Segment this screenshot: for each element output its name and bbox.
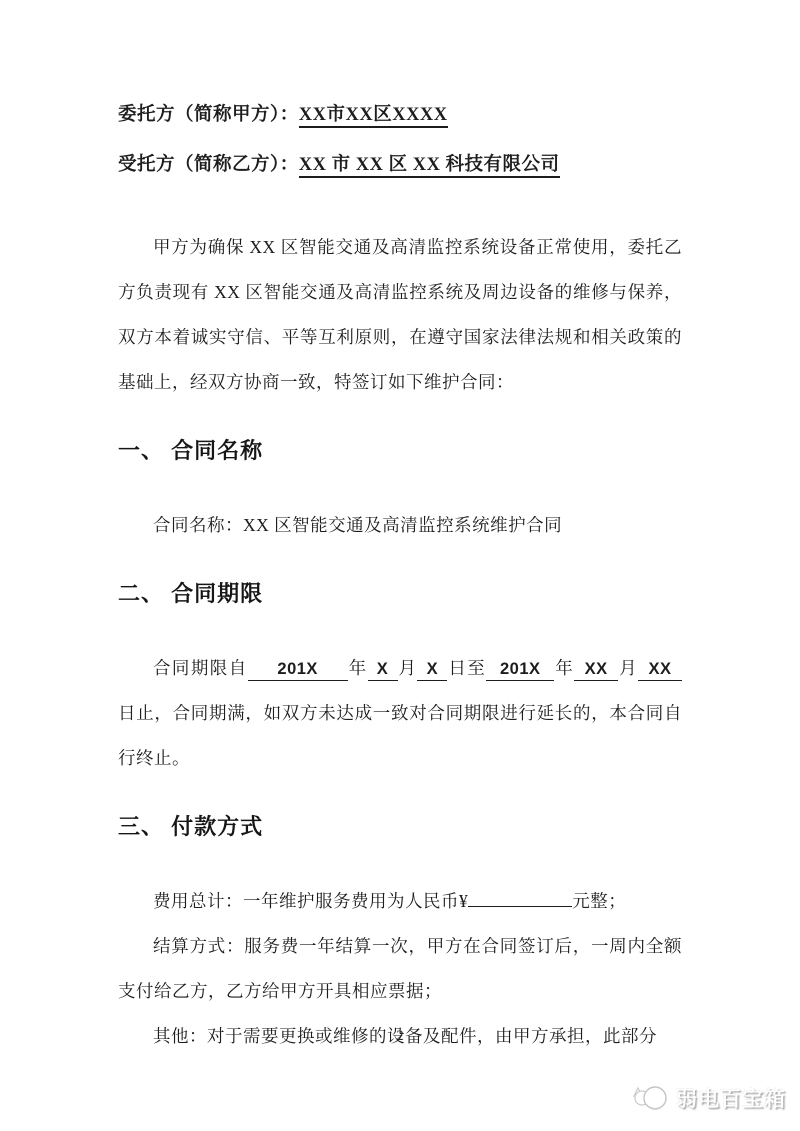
- party-line-a: 委托方（简称甲方）：XX市XX区XXXX: [118, 90, 682, 140]
- party-block: 委托方（简称甲方）：XX市XX区XXXX 受托方（简称乙方）：XX 市 XX 区…: [118, 90, 682, 190]
- month-label: 月: [398, 658, 418, 678]
- party-b-value: XX 市 XX 区 XX 科技有限公司: [299, 155, 560, 178]
- fee-prefix: 费用总计：一年维护服务费用为人民币¥: [153, 891, 468, 911]
- party-b-label: 受托方（简称乙方）：: [118, 155, 299, 175]
- start-day-blank: X: [417, 658, 447, 681]
- section-heading-3: 三、 付款方式: [118, 811, 682, 843]
- end-year-blank: 201X: [486, 658, 554, 681]
- fee-suffix: 元整；: [572, 891, 626, 911]
- day-label: 日: [118, 703, 136, 723]
- contract-term-paragraph: 合同期限自201X年X月X日至201X年XX月XX日止，合同期满，如双方未达成一…: [118, 646, 682, 781]
- term-suffix: 止，合同期满，如双方未达成一致对合同期限进行延长的，本合同自行终止。: [118, 703, 682, 768]
- document-content: 委托方（简称甲方）：XX市XX区XXXX 受托方（简称乙方）：XX 市 XX 区…: [118, 0, 682, 1059]
- end-year-label: 年: [554, 658, 574, 678]
- start-month-blank: X: [368, 658, 398, 681]
- watermark: 弱电百宝箱: [628, 1082, 786, 1114]
- mascot-logo-icon: [628, 1082, 670, 1114]
- page-number: 2: [0, 1028, 800, 1045]
- party-a-value: XX市XX区XXXX: [299, 105, 448, 128]
- to-label: 日至: [447, 658, 486, 678]
- preamble-paragraph: 甲方为确保 XX 区智能交通及高清监控系统设备正常使用，委托乙方负责现有 XX …: [118, 225, 682, 405]
- watermark-text: 弱电百宝箱: [676, 1083, 786, 1113]
- fee-amount-blank: [468, 906, 572, 907]
- settlement-paragraph: 结算方式：服务费一年结算一次，甲方在合同签订后，一周内全额支付给乙方，乙方给甲方…: [118, 924, 682, 1014]
- section-heading-2: 二、 合同期限: [118, 578, 682, 610]
- end-month-label: 月: [618, 658, 638, 678]
- contract-document-page: 委托方（简称甲方）：XX市XX区XXXX 受托方（简称乙方）：XX 市 XX 区…: [0, 0, 800, 1131]
- section-heading-1: 一、 合同名称: [118, 435, 682, 467]
- year-label: 年: [348, 658, 368, 678]
- end-month-blank: XX: [574, 658, 618, 681]
- fee-total-paragraph: 费用总计：一年维护服务费用为人民币¥元整；: [118, 879, 682, 924]
- section-1-body: 合同名称：XX 区智能交通及高清监控系统维护合同: [118, 503, 682, 548]
- party-line-b: 受托方（简称乙方）：XX 市 XX 区 XX 科技有限公司: [118, 140, 682, 190]
- term-prefix: 合同期限自: [153, 658, 248, 678]
- party-a-label: 委托方（简称甲方）：: [118, 105, 299, 125]
- start-year-blank: 201X: [248, 658, 348, 681]
- end-day-blank: XX: [638, 658, 682, 681]
